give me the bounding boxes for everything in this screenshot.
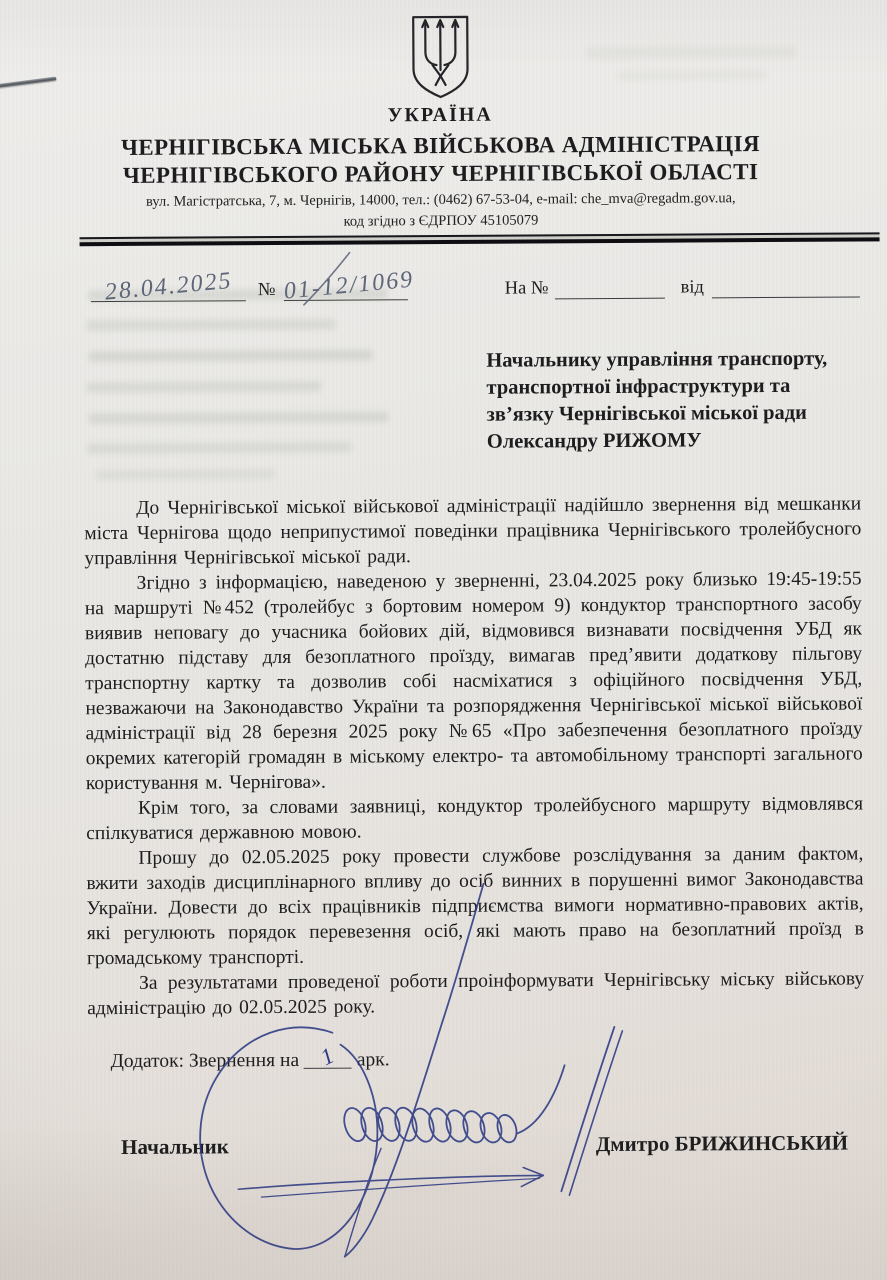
letterhead: УКРАЇНА ЧЕРНІГІВСЬКА МІСЬКА ВІЙСЬКОВА АД… bbox=[0, 0, 885, 247]
body-paragraph: Згідно з інформацією, наведеною у зверне… bbox=[85, 566, 863, 796]
bleed-line bbox=[86, 381, 321, 393]
body-paragraph: За результатами проведеної роботи проінф… bbox=[87, 966, 864, 1021]
bleed-line bbox=[617, 70, 767, 81]
bleed-line bbox=[86, 319, 336, 332]
attachment-label: Додаток: Звернення на bbox=[111, 1050, 300, 1072]
addressee-line: Олександру РИЖОМУ bbox=[487, 426, 866, 455]
bleed-line bbox=[87, 442, 352, 455]
letterhead-rule bbox=[80, 232, 880, 246]
bleed-line bbox=[88, 349, 373, 362]
country-name: УКРАЇНА bbox=[0, 101, 884, 129]
ukraine-trident-coat-of-arms-icon bbox=[408, 14, 473, 100]
outgoing-number-blank: 01-12/1069 bbox=[283, 273, 407, 301]
reply-to-label: На № bbox=[505, 278, 549, 299]
addressee-line: Начальнику управління транспорту, bbox=[486, 345, 865, 374]
incoming-reference: На № від bbox=[505, 270, 860, 299]
signer-name: Дмитро БРИЖИНСЬКИЙ bbox=[596, 1131, 848, 1158]
org-contact-line: вул. Магістратська, 7, м. Чернігів, 1400… bbox=[0, 189, 884, 211]
addressee-line: транспортної інфраструктури та bbox=[486, 372, 865, 401]
letter-body: До Чернігівської міської військової адмі… bbox=[84, 491, 864, 1021]
body-paragraph: Крім того, за словами заявниці, кондукто… bbox=[86, 791, 863, 846]
body-paragraph: Прошу до 02.05.2025 року провести службо… bbox=[86, 841, 864, 971]
body-paragraph: До Чернігівської міської військової адмі… bbox=[84, 491, 861, 571]
bleed-line bbox=[95, 469, 275, 480]
from-date-blank bbox=[712, 270, 860, 298]
bleed-line bbox=[89, 411, 389, 424]
addressee-block: Начальнику управління транспорту, трансп… bbox=[486, 345, 866, 455]
outgoing-number-handwritten: 01-12/1069 bbox=[282, 267, 415, 306]
org-name-line2: ЧЕРНІГІВСЬКОГО РАЙОНУ ЧЕРНІГІВСЬКОЇ ОБЛА… bbox=[0, 157, 884, 190]
letter-page: УКРАЇНА ЧЕРНІГІВСЬКА МІСЬКА ВІЙСЬКОВА АД… bbox=[0, 0, 887, 1280]
attachment-suffix: арк. bbox=[357, 1049, 390, 1070]
document-photo: УКРАЇНА ЧЕРНІГІВСЬКА МІСЬКА ВІЙСЬКОВА АД… bbox=[0, 0, 887, 1280]
reply-number-blank bbox=[554, 272, 664, 300]
org-edrpou-line: код згідно з ЄДРПОУ 45105079 bbox=[0, 210, 884, 232]
outgoing-date-handwritten: 28.04.2025 bbox=[103, 268, 233, 307]
reference-line: 28.04.2025 № 01-12/1069 На № від bbox=[91, 263, 860, 302]
attachment-line: Додаток: Звернення на 1 арк. bbox=[110, 1042, 887, 1073]
addressee-line: зв’язку Чернігівської міської ради bbox=[487, 399, 866, 428]
signer-position: Начальник bbox=[121, 1134, 229, 1160]
attachment-pages-blank: 1 bbox=[304, 1046, 352, 1069]
from-date-label: від bbox=[680, 277, 703, 298]
bleed-line bbox=[586, 46, 796, 59]
signature-row: Начальник Дмитро БРИЖИНСЬКИЙ bbox=[121, 1131, 848, 1160]
attachment-pages-handwritten: 1 bbox=[316, 1043, 338, 1071]
